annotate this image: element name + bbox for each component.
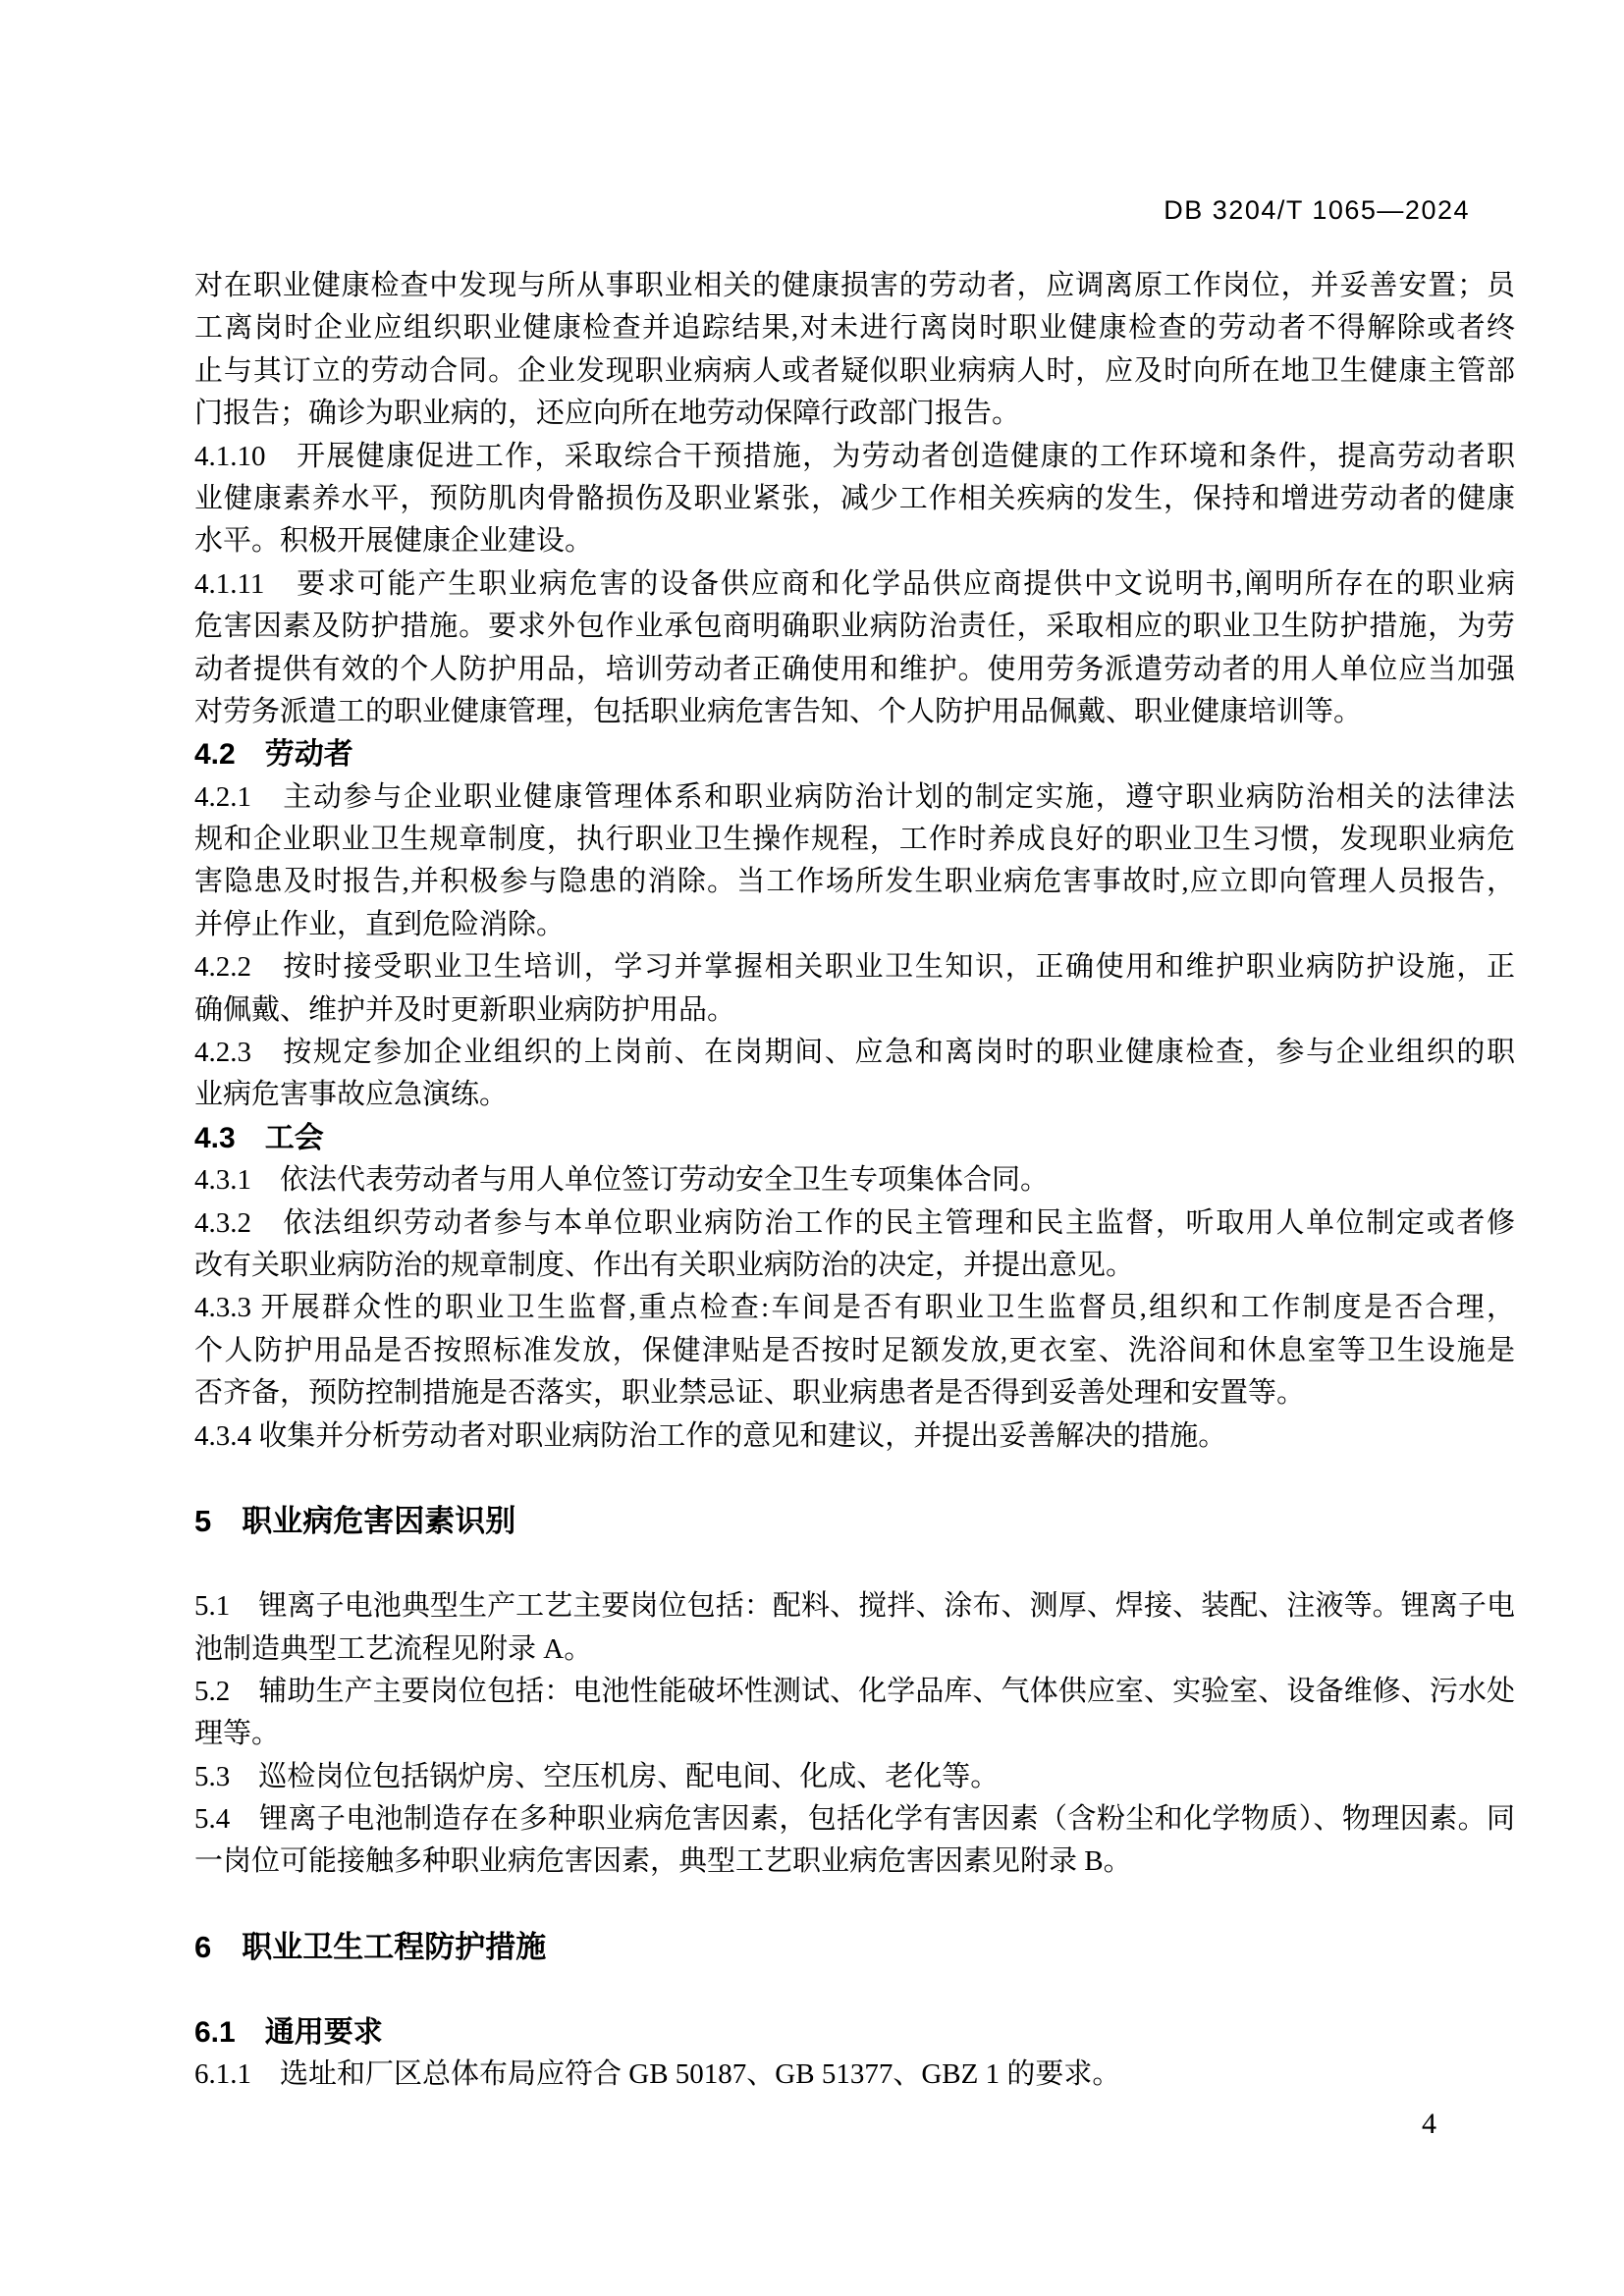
text-line: 4.2.2 按时接受职业卫生培训，学习并掌握相关职业卫生知识，正确使用和维护职业… <box>194 946 1515 988</box>
blank-line <box>194 1969 1515 2011</box>
text-line: 5.2 辅助生产主要岗位包括：电池性能破坏性测试、化学品库、气体供应室、实验室、… <box>194 1671 1515 1713</box>
standard-number-header: DB 3204/T 1065—2024 <box>1164 195 1470 225</box>
text-line: 个人防护用品是否按照标准发放，保健津贴是否按时足额发放,更衣室、洗浴间和休息室等… <box>194 1330 1515 1372</box>
document-page: DB 3204/T 1065—2024 对在职业健康检查中发现与所从事职业相关的… <box>0 0 1624 2296</box>
text-line: 对劳务派遣工的职业健康管理，包括职业病危害告知、个人防护用品佩戴、职业健康培训等… <box>194 691 1515 733</box>
text-line: 4.3.2 依法组织劳动者参与本单位职业病防治工作的民主管理和民主监督，听取用人… <box>194 1202 1515 1245</box>
text-line: 4.3.3 开展群众性的职业卫生监督,重点检查:车间是否有职业卫生监督员,组织和… <box>194 1287 1515 1329</box>
section-heading: 6.1 通用要求 <box>194 2011 1515 2054</box>
text-line: 动者提供有效的个人防护用品，培训劳动者正确使用和维护。使用劳务派遣劳动者的用人单… <box>194 649 1515 691</box>
blank-line <box>194 1458 1515 1500</box>
document-body: 对在职业健康检查中发现与所从事职业相关的健康损害的劳动者，应调离原工作岗位，并妥… <box>194 265 1515 2097</box>
section-heading: 4.3 工会 <box>194 1117 1515 1159</box>
text-line: 5.3 巡检岗位包括锅炉房、空压机房、配电间、化成、老化等。 <box>194 1756 1515 1798</box>
text-line: 对在职业健康检查中发现与所从事职业相关的健康损害的劳动者，应调离原工作岗位，并妥… <box>194 265 1515 307</box>
section-heading: 6 职业卫生工程防护措施 <box>194 1926 1515 1968</box>
text-line: 5.4 锂离子电池制造存在多种职业病危害因素，包括化学有害因素（含粉尘和化学物质… <box>194 1798 1515 1841</box>
text-line: 危害因素及防护措施。要求外包作业承包商明确职业病防治责任，采取相应的职业卫生防护… <box>194 606 1515 648</box>
blank-line <box>194 1543 1515 1585</box>
text-line: 池制造典型工艺流程见附录 A。 <box>194 1629 1515 1671</box>
text-line: 规和企业职业卫生规章制度，执行职业卫生操作规程，工作时养成良好的职业卫生习惯，发… <box>194 819 1515 861</box>
text-line: 并停止作业，直到危险消除。 <box>194 904 1515 946</box>
text-line: 4.3.4 收集并分析劳动者对职业病防治工作的意见和建议，并提出妥善解决的措施。 <box>194 1415 1515 1458</box>
text-line: 4.1.11 要求可能产生职业病危害的设备供应商和化学品供应商提供中文说明书,阐… <box>194 563 1515 606</box>
text-line: 业病危害事故应急演练。 <box>194 1074 1515 1116</box>
text-line: 止与其订立的劳动合同。企业发现职业病病人或者疑似职业病病人时，应及时向所在地卫生… <box>194 350 1515 393</box>
section-heading: 5 职业病危害因素识别 <box>194 1500 1515 1542</box>
text-line: 确佩戴、维护并及时更新职业病防护用品。 <box>194 989 1515 1032</box>
text-line: 4.1.10 开展健康促进工作，采取综合干预措施，为劳动者创造健康的工作环境和条… <box>194 436 1515 478</box>
text-line: 6.1.1 选址和厂区总体布局应符合 GB 50187、GB 51377、GBZ… <box>194 2054 1515 2096</box>
text-line: 5.1 锂离子电池典型生产工艺主要岗位包括：配料、搅拌、涂布、测厚、焊接、装配、… <box>194 1585 1515 1628</box>
blank-line <box>194 1884 1515 1926</box>
text-line: 水平。积极开展健康企业建设。 <box>194 520 1515 562</box>
text-line: 门报告；确诊为职业病的，还应向所在地劳动保障行政部门报告。 <box>194 393 1515 435</box>
section-heading: 4.2 劳动者 <box>194 733 1515 775</box>
text-line: 4.3.1 依法代表劳动者与用人单位签订劳动安全卫生专项集体合同。 <box>194 1159 1515 1201</box>
page-number: 4 <box>1422 2109 1436 2140</box>
text-line: 害隐患及时报告,并积极参与隐患的消除。当工作场所发生职业病危害事故时,应立即向管… <box>194 861 1515 903</box>
text-line: 理等。 <box>194 1713 1515 1755</box>
text-line: 一岗位可能接触多种职业病危害因素，典型工艺职业病危害因素见附录 B。 <box>194 1841 1515 1883</box>
text-line: 4.2.1 主动参与企业职业健康管理体系和职业病防治计划的制定实施，遵守职业病防… <box>194 776 1515 819</box>
text-line: 否齐备，预防控制措施是否落实，职业禁忌证、职业病患者是否得到妥善处理和安置等。 <box>194 1372 1515 1415</box>
text-line: 工离岗时企业应组织职业健康检查并追踪结果,对未进行离岗时职业健康检查的劳动者不得… <box>194 307 1515 349</box>
text-line: 4.2.3 按规定参加企业组织的上岗前、在岗期间、应急和离岗时的职业健康检查，参… <box>194 1032 1515 1074</box>
text-line: 改有关职业病防治的规章制度、作出有关职业病防治的决定，并提出意见。 <box>194 1245 1515 1287</box>
text-line: 业健康素养水平，预防肌肉骨骼损伤及职业紧张，减少工作相关疾病的发生，保持和增进劳… <box>194 478 1515 520</box>
